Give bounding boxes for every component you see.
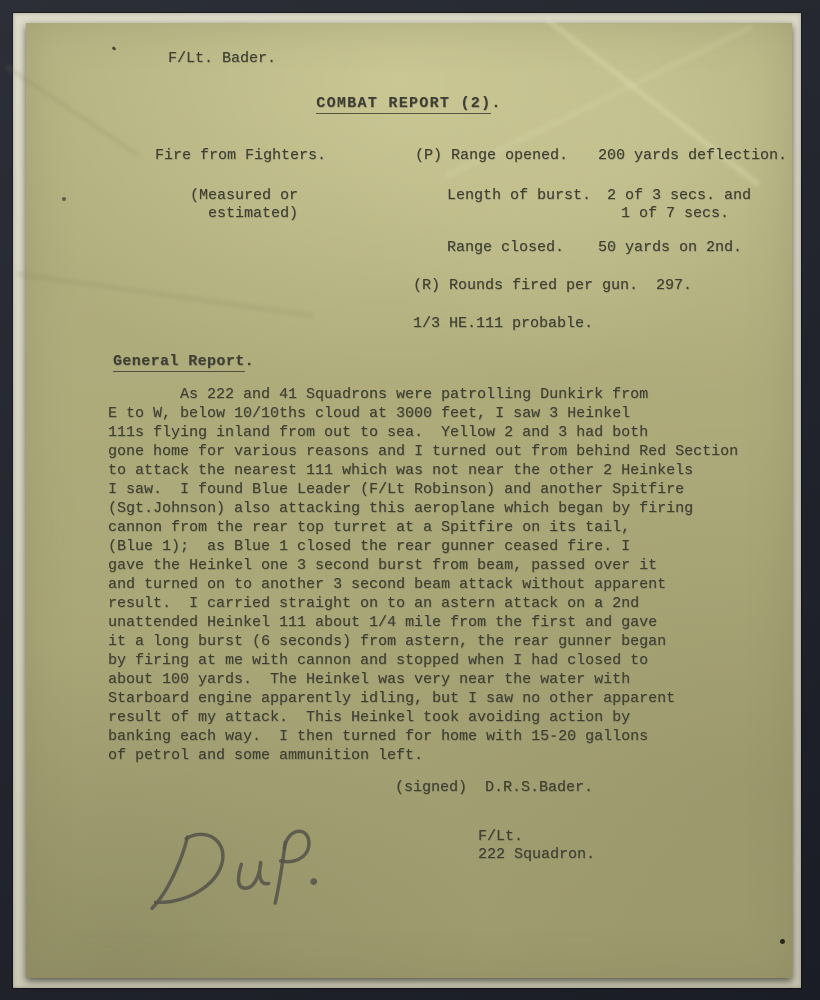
paragraph-line: cannon from the rear top turret at a Spi… (108, 518, 738, 537)
general-report-heading: General Report. (113, 353, 254, 370)
burst-value-line1: 2 of 3 secs. and (607, 187, 751, 204)
dup-u (237, 862, 269, 889)
paragraph-line: (Blue 1); as Blue 1 closed the rear gunn… (108, 537, 738, 556)
range-closed-label: Range closed. (447, 239, 564, 256)
report-title-period: . (491, 95, 501, 112)
dup-period (310, 878, 318, 886)
general-report-underlined-text: General Report (113, 353, 245, 372)
paragraph-line: about 100 yards. The Heinkel was very ne… (108, 670, 738, 689)
paper-crease (16, 271, 314, 319)
paragraph-line: it a long burst (6 seconds) from astern,… (108, 632, 738, 651)
general-report-period: . (245, 353, 254, 370)
paragraph-line: I saw. I found Blue Leader (F/Lt Robinso… (108, 480, 738, 499)
paragraph-line: 111s flying inland from out to sea. Yell… (108, 423, 738, 442)
paragraph-line: As 222 and 41 Squadrons were patrolling … (108, 385, 738, 404)
rounds-fired-value: 297. (656, 277, 692, 294)
dup-d-bowl (150, 832, 226, 903)
photo-frame: F/Lt. Bader. COMBAT REPORT (2). Fire fro… (0, 0, 820, 1000)
paper-sheet: F/Lt. Bader. COMBAT REPORT (2). Fire fro… (26, 23, 792, 978)
paragraph-line: Starboard engine apparently idling, but … (108, 689, 738, 708)
burst-value-line2: 1 of 7 secs. (621, 205, 729, 222)
estimated-line: estimated) (208, 205, 298, 222)
paragraph-line: (Sgt.Johnson) also attacking this aeropl… (108, 499, 738, 518)
ink-dot (780, 939, 785, 944)
fire-from-fighters-label: Fire from Fighters. (155, 147, 326, 164)
rank-line: F/Lt. (478, 828, 523, 845)
paragraph-line: by firing at me with cannon and stopped … (108, 651, 738, 670)
paragraph-line: unattended Heinkel 111 about 1/4 mile fr… (108, 613, 738, 632)
officer-name: F/Lt. Bader. (168, 50, 276, 67)
rounds-fired-label: (R) Rounds fired per gun. (413, 277, 638, 294)
report-title-underlined-text: COMBAT REPORT (2) (316, 95, 491, 114)
paragraph-line: result of my attack. This Heinkel took a… (108, 708, 738, 727)
range-opened-value: 200 yards deflection. (598, 147, 787, 164)
length-of-burst-label: Length of burst. (447, 187, 591, 204)
paragraph-line: to attack the nearest 111 which was not … (108, 461, 738, 480)
handwritten-dup-note (133, 807, 322, 934)
general-report-paragraph: As 222 and 41 Squadrons were patrolling … (108, 385, 738, 765)
claim-line: 1/3 HE.111 probable. (413, 315, 593, 332)
paragraph-line: of petrol and some ammunition left. (108, 746, 738, 765)
dup-p-stem (270, 842, 290, 903)
paragraph-line: banking each way. I then turned for home… (108, 727, 738, 746)
squadron-line: 222 Squadron. (478, 846, 595, 863)
range-closed-value: 50 yards on 2nd. (598, 239, 742, 256)
paragraph-line: and turned on to another 3 second beam a… (108, 575, 738, 594)
signed-line: (signed) D.R.S.Bader. (395, 779, 593, 796)
paper-speck (112, 46, 117, 51)
paragraph-line: gave the Heinkel one 3 second burst from… (108, 556, 738, 575)
paper-speck (62, 197, 66, 201)
range-opened-label: (P) Range opened. (415, 147, 568, 164)
mat-border: F/Lt. Bader. COMBAT REPORT (2). Fire fro… (13, 13, 801, 988)
paragraph-line: gone home for various reasons and I turn… (108, 442, 738, 461)
report-title: COMBAT REPORT (2). (26, 95, 792, 112)
paragraph-line: E to W, below 10/10ths cloud at 3000 fee… (108, 404, 738, 423)
paragraph-line: result. I carried straight on to an aste… (108, 594, 738, 613)
measured-or-line: (Measured or (190, 187, 298, 204)
